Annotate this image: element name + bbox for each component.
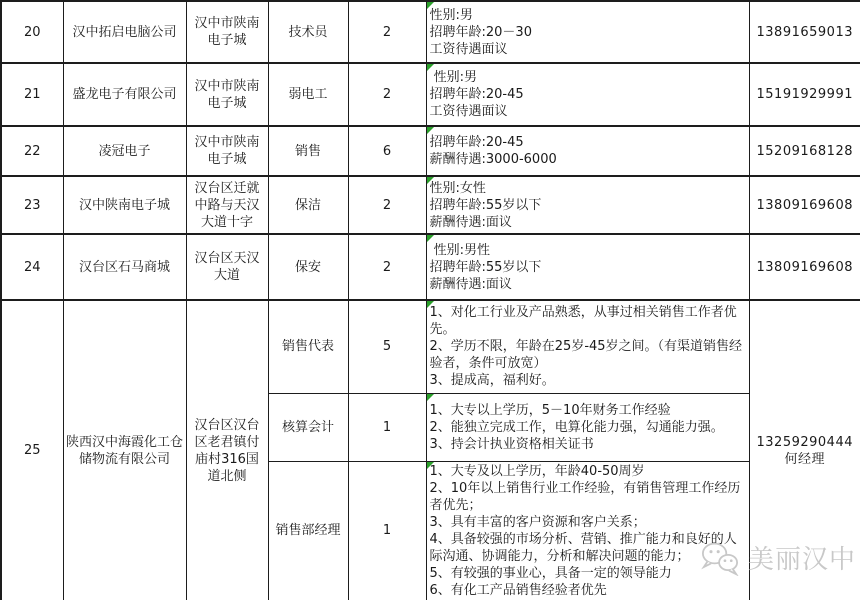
cell-count: 1 [348, 461, 426, 600]
cell-row-number: 23 [1, 176, 63, 234]
job-listing-table: 20 汉中拓启电脑公司 汉中市陕南电子城 技术员 2 性别:男 招聘年龄:20－… [0, 0, 860, 600]
cell-company: 凌冠电子 [63, 126, 186, 176]
cell-phone: 13809169608 [749, 176, 860, 234]
cell-location: 汉中市陕南电子城 [186, 1, 268, 63]
table-row: 22 凌冠电子 汉中市陕南电子城 销售 6 招聘年龄:20-45 薪酬待遇:30… [1, 126, 860, 176]
cell-phone: 13259290444 何经理 [749, 300, 860, 600]
cell-row-number: 21 [1, 63, 63, 126]
cell-location: 汉台区迁就中路与天汉大道十字 [186, 176, 268, 234]
cell-count: 5 [348, 300, 426, 393]
details-text: 性别:男性 招聘年龄:55岁以下 薪酬待遇:面议 [430, 243, 542, 292]
table-row-group: 25 陕西汉中海霞化工仓储物流有限公司 汉台区汉台区老君镇付庙村316国道北侧 … [1, 300, 860, 393]
cell-count: 1 [348, 393, 426, 461]
cell-details: 性别:男性 招聘年龄:55岁以下 薪酬待遇:面议 [426, 234, 749, 300]
cell-count: 2 [348, 234, 426, 300]
green-corner-marker [427, 462, 434, 469]
cell-position: 弱电工 [268, 63, 348, 126]
cell-details: 性别:男 招聘年龄:20－30 工资待遇面议 [426, 1, 749, 63]
cell-company: 汉中拓启电脑公司 [63, 1, 186, 63]
cell-row-number: 25 [1, 300, 63, 600]
cell-row-number: 24 [1, 234, 63, 300]
green-corner-marker [427, 235, 434, 242]
cell-details: 1、大专及以上学历，年龄40-50周岁 2、10年以上销售行业工作经验，有销售管… [426, 461, 749, 600]
cell-company: 汉台区石马商城 [63, 234, 186, 300]
details-text: 性别:男 招聘年龄:20－30 工资待遇面议 [430, 8, 532, 57]
cell-company: 陕西汉中海霞化工仓储物流有限公司 [63, 300, 186, 600]
cell-phone: 13809169608 [749, 234, 860, 300]
cell-location: 汉台区天汉大道 [186, 234, 268, 300]
details-text: 1、对化工行业及产品熟悉，从事过相关销售工作者优先。 2、学历不限，年龄在25岁… [430, 305, 743, 388]
green-corner-marker [427, 394, 434, 401]
table-row: 24 汉台区石马商城 汉台区天汉大道 保安 2 性别:男性 招聘年龄:55岁以下… [1, 234, 860, 300]
cell-phone: 15209168128 [749, 126, 860, 176]
cell-details: 性别:男 招聘年龄:20-45 工资待遇面议 [426, 63, 749, 126]
table-row: 20 汉中拓启电脑公司 汉中市陕南电子城 技术员 2 性别:男 招聘年龄:20－… [1, 1, 860, 63]
cell-position: 核算会计 [268, 393, 348, 461]
cell-position: 销售部经理 [268, 461, 348, 600]
cell-phone: 15191929991 [749, 63, 860, 126]
cell-phone: 13891659013 [749, 1, 860, 63]
cell-location: 汉台区汉台区老君镇付庙村316国道北侧 [186, 300, 268, 600]
cell-row-number: 20 [1, 1, 63, 63]
cell-position: 保安 [268, 234, 348, 300]
green-corner-marker [427, 2, 434, 9]
details-text: 1、大专及以上学历，年龄40-50周岁 2、10年以上销售行业工作经验，有销售管… [430, 464, 741, 598]
cell-details: 1、对化工行业及产品熟悉，从事过相关销售工作者优先。 2、学历不限，年龄在25岁… [426, 300, 749, 393]
green-corner-marker [427, 64, 434, 71]
cell-location: 汉中市陕南电子城 [186, 63, 268, 126]
table-row: 23 汉中陕南电子城 汉台区迁就中路与天汉大道十字 保洁 2 性别:女性 招聘年… [1, 176, 860, 234]
cell-position: 销售 [268, 126, 348, 176]
cell-company: 汉中陕南电子城 [63, 176, 186, 234]
table-row: 21 盛龙电子有限公司 汉中市陕南电子城 弱电工 2 性别:男 招聘年龄:20-… [1, 63, 860, 126]
details-text: 性别:男 招聘年龄:20-45 工资待遇面议 [430, 70, 524, 119]
cell-count: 2 [348, 176, 426, 234]
cell-position: 技术员 [268, 1, 348, 63]
cell-company: 盛龙电子有限公司 [63, 63, 186, 126]
cell-row-number: 22 [1, 126, 63, 176]
cell-details: 性别:女性 招聘年龄:55岁以下 薪酬待遇:面议 [426, 176, 749, 234]
green-corner-marker [427, 127, 434, 134]
details-text: 1、大专以上学历，5－10年财务工作经验 2、能独立完成工作，电算化能力强，勾通… [430, 403, 724, 452]
cell-location: 汉中市陕南电子城 [186, 126, 268, 176]
cell-position: 保洁 [268, 176, 348, 234]
details-text: 招聘年龄:20-45 薪酬待遇:3000-6000 [430, 135, 557, 167]
green-corner-marker [427, 301, 434, 308]
cell-count: 2 [348, 63, 426, 126]
cell-details: 1、大专以上学历，5－10年财务工作经验 2、能独立完成工作，电算化能力强，勾通… [426, 393, 749, 461]
green-corner-marker [427, 177, 434, 184]
cell-position: 销售代表 [268, 300, 348, 393]
details-text: 性别:女性 招聘年龄:55岁以下 薪酬待遇:面议 [430, 181, 542, 230]
cell-count: 6 [348, 126, 426, 176]
cell-details: 招聘年龄:20-45 薪酬待遇:3000-6000 [426, 126, 749, 176]
page: { "colors": { "border": "#1d1d1d", "text… [0, 0, 860, 600]
cell-count: 2 [348, 1, 426, 63]
